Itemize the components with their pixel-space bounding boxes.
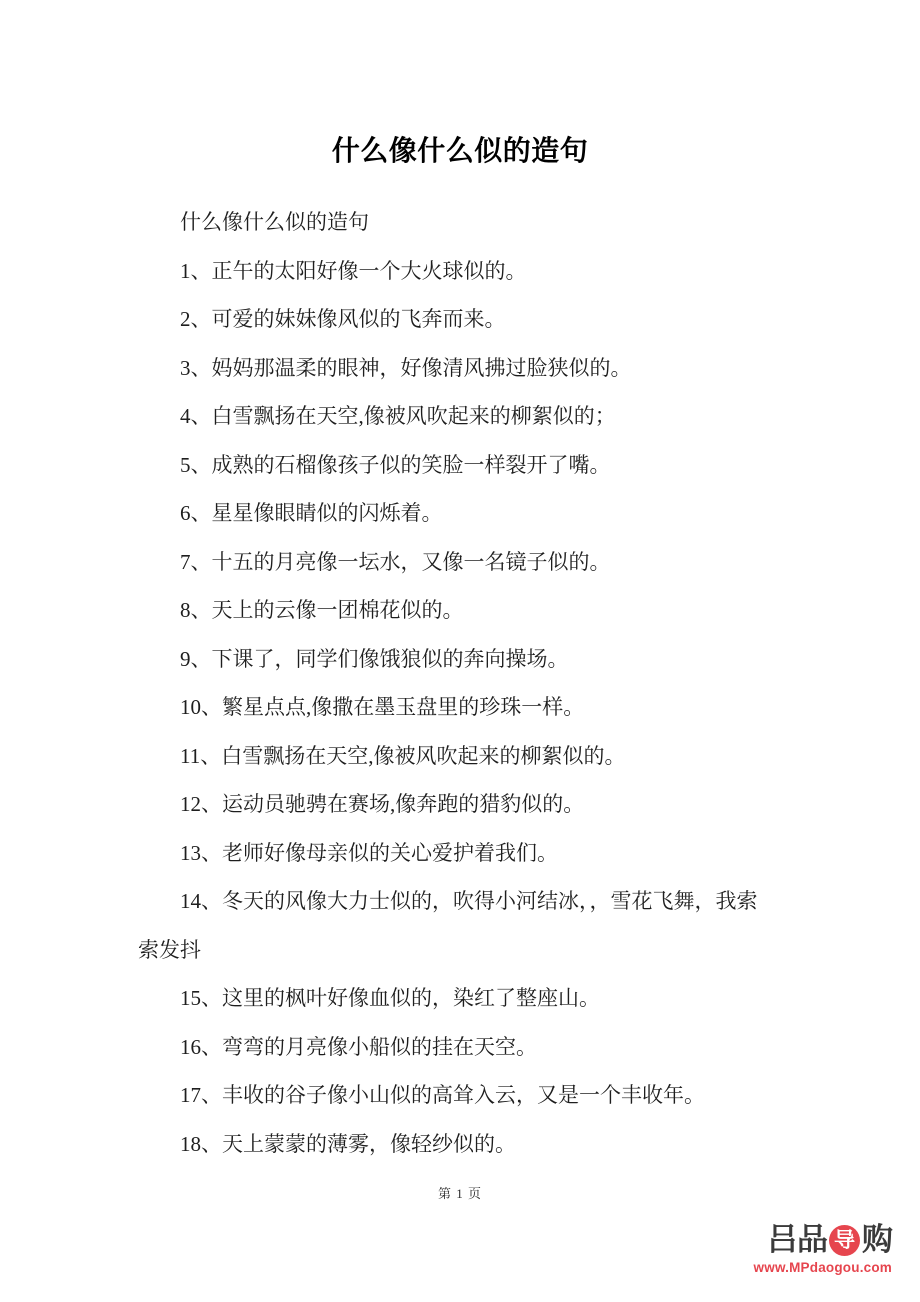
paragraph: 5、成熟的石榴像孩子似的笑脸一样裂开了嘴。 [138, 441, 758, 490]
paragraph: 6、星星像眼睛似的闪烁着。 [138, 489, 758, 538]
paragraph: 12、运动员驰骋在赛场,像奔跑的猎豹似的。 [138, 780, 758, 829]
brand-text-right: 购 [862, 1222, 892, 1258]
paragraph: 13、老师好像母亲似的关心爱护着我们。 [138, 829, 758, 878]
paragraph: 什么像什么似的造句 [138, 198, 758, 247]
paragraph: 8、天上的云像一团棉花似的。 [138, 586, 758, 635]
page-title: 什么像什么似的造句 [0, 0, 920, 168]
brand-logo-text: 吕品 导 购 [754, 1222, 892, 1258]
paragraph: 18、天上蒙蒙的薄雾，像轻纱似的。 [138, 1120, 758, 1169]
brand-text-left: 吕品 [767, 1222, 827, 1258]
paragraph: 7、十五的月亮像一坛水，又像一名镜子似的。 [138, 538, 758, 587]
brand-circle-icon: 导 [829, 1225, 860, 1256]
paragraph: 4、白雪飘扬在天空,像被风吹起来的柳絮似的； [138, 392, 758, 441]
paragraph: 1、正午的太阳好像一个大火球似的。 [138, 247, 758, 296]
paragraph: 15、这里的枫叶好像血似的，染红了整座山。 [138, 974, 758, 1023]
paragraph: 2、可爱的妹妹像风似的飞奔而来。 [138, 295, 758, 344]
page-number: 第 1 页 [0, 1183, 920, 1202]
paragraph: 9、下课了，同学们像饿狼似的奔向操场。 [138, 635, 758, 684]
paragraph: 17、丰收的谷子像小山似的高耸入云，又是一个丰收年。 [138, 1071, 758, 1120]
paragraph: 16、弯弯的月亮像小船似的挂在天空。 [138, 1023, 758, 1072]
brand-circle-char: 导 [834, 1230, 855, 1251]
paragraph: 10、繁星点点,像撒在墨玉盘里的珍珠一样。 [138, 683, 758, 732]
brand-url: www.MPdaogou.com [754, 1260, 892, 1275]
paragraph: 14、冬天的风像大力士似的，吹得小河结冰，，雪花飞舞，我索索发抖 [138, 877, 758, 974]
paragraph: 3、妈妈那温柔的眼神，好像清风拂过脸狭似的。 [138, 344, 758, 393]
document-body: 什么像什么似的造句1、正午的太阳好像一个大火球似的。2、可爱的妹妹像风似的飞奔而… [138, 198, 758, 1168]
paragraph: 11、白雪飘扬在天空,像被风吹起来的柳絮似的。 [138, 732, 758, 781]
brand-watermark: 吕品 导 购 www.MPdaogou.com [754, 1222, 892, 1275]
